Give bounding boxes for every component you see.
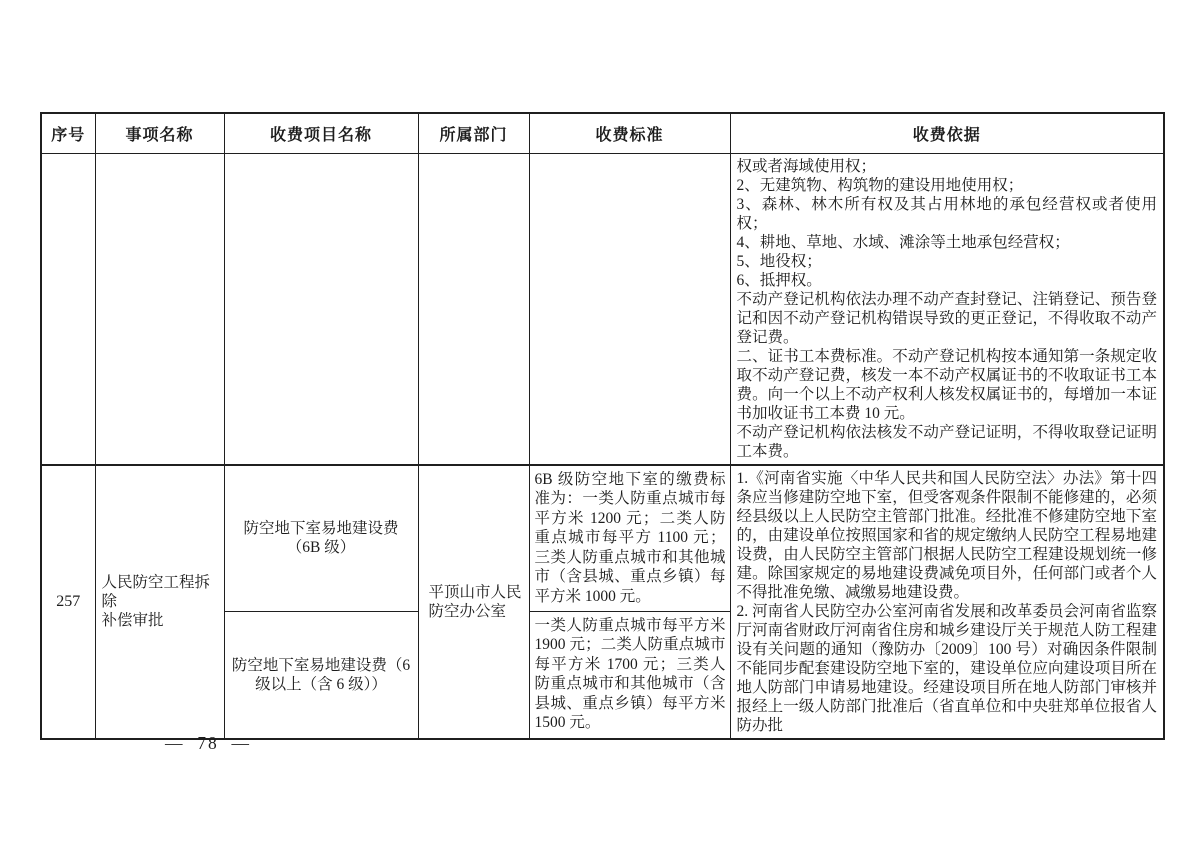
column-header-seq: 序号 xyxy=(41,113,95,153)
fee-basis-cell-257: 1.《河南省实施〈中华人民共和国人民防空法〉办法》第十四条应当修建防空地下室，但… xyxy=(730,465,1164,739)
fee-standard-cell-grade6: 一类人防重点城市每平方米 1900 元；二类人防重点城市每平方米 1700 元；… xyxy=(529,611,730,738)
column-header-fee-basis: 收费依据 xyxy=(730,113,1164,153)
column-header-item-name: 事项名称 xyxy=(95,113,224,153)
project-name-cell-grade6: 防空地下室易地建设费（6 级以上（含 6 级）） xyxy=(224,611,418,738)
department-cell: 平顶山市人民 防空办公室 xyxy=(418,465,529,739)
item-name-cell: 人民防空工程拆除 补偿审批 xyxy=(95,465,224,739)
cont-item-name-cell-empty xyxy=(95,153,224,465)
cont-fee-basis-cell: 权或者海域使用权； 2、无建筑物、构筑物的建设用地使用权； 3、森林、林木所有权… xyxy=(730,153,1164,465)
seq-cell: 257 xyxy=(41,465,95,739)
table-header-row: 序号 事项名称 收费项目名称 所属部门 收费标准 收费依据 xyxy=(41,113,1164,153)
column-header-department: 所属部门 xyxy=(418,113,529,153)
fee-basis-text-257: 1.《河南省实施〈中华人民共和国人民防空法〉办法》第十四条应当修建防空地下室，但… xyxy=(731,466,1164,738)
table-row-continuation: 权或者海域使用权； 2、无建筑物、构筑物的建设用地使用权； 3、森林、林木所有权… xyxy=(41,153,1164,465)
document-page: 序号 事项名称 收费项目名称 所属部门 收费标准 收费依据 权或者海域使用权； … xyxy=(0,0,1200,848)
fee-standard-text-6b: 6B 级防空地下室的缴费标准为：一类人防重点城市每平方米 1200 元；二类人防… xyxy=(530,466,730,610)
cont-fee-standard-cell-empty xyxy=(529,153,730,465)
cont-department-cell-empty xyxy=(418,153,529,465)
cont-fee-basis-text: 权或者海域使用权； 2、无建筑物、构筑物的建设用地使用权； 3、森林、林木所有权… xyxy=(731,154,1164,464)
cont-seq-cell-empty xyxy=(41,153,95,465)
department-text: 平顶山市人民 防空办公室 xyxy=(419,580,529,624)
item-name-text: 人民防空工程拆除 补偿审批 xyxy=(96,570,224,633)
page-number: — 78 — xyxy=(165,733,251,754)
fee-standard-text-grade6: 一类人防重点城市每平方米 1900 元；二类人防重点城市每平方米 1700 元；… xyxy=(530,612,730,736)
project-name-text-grade6: 防空地下室易地建设费（6 级以上（含 6 级）） xyxy=(225,654,418,696)
fee-schedule-table: 序号 事项名称 收费项目名称 所属部门 收费标准 收费依据 权或者海域使用权； … xyxy=(40,112,1165,740)
table-row-257-sub1: 257 人民防空工程拆除 补偿审批 防空地下室易地建设费 （6B 级） 平顶山市… xyxy=(41,465,1164,612)
fee-standard-cell-6b: 6B 级防空地下室的缴费标准为：一类人防重点城市每平方米 1200 元；二类人防… xyxy=(529,465,730,612)
cont-project-name-cell-empty xyxy=(224,153,418,465)
project-name-text-6b: 防空地下室易地建设费 （6B 级） xyxy=(225,517,418,559)
column-header-project-name: 收费项目名称 xyxy=(224,113,418,153)
project-name-cell-6b: 防空地下室易地建设费 （6B 级） xyxy=(224,465,418,612)
column-header-fee-standard: 收费标准 xyxy=(529,113,730,153)
